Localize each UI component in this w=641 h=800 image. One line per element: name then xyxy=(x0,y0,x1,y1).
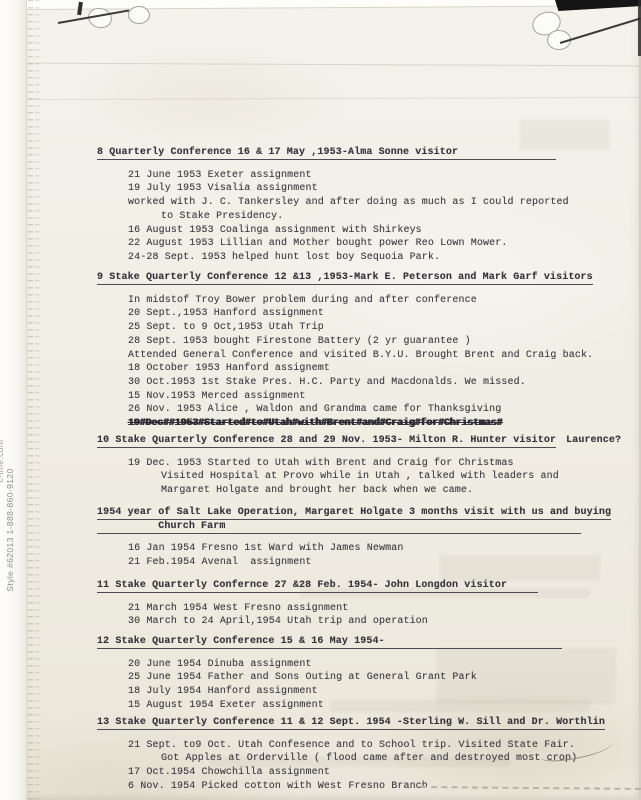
entry-line: 18 July 1954 Hanford assignment xyxy=(128,685,637,699)
section-heading-text: 10 Stake Quarterly Conference 28 and 29 … xyxy=(97,435,556,448)
conference-section: 8 Quarterly Conference 16 & 17 May ,1953… xyxy=(97,146,637,265)
entry-line: 20 June 1954 Dinuba assignment xyxy=(128,658,637,672)
typed-document: 8 Quarterly Conference 16 & 17 May ,1953… xyxy=(97,0,637,800)
entry-line: 19 Dec. 1953 Started to Utah with Brent … xyxy=(128,457,637,471)
entry-line: 17 Oct.1954 Chowchilla assignment xyxy=(128,766,637,780)
entry-line: 21 June 1953 Exeter assignment xyxy=(128,169,637,183)
conference-section: 1954 year of Salt Lake Operation, Margar… xyxy=(97,506,637,570)
section-heading-text: 9 Stake Quarterly Conference 12 &13 ,195… xyxy=(97,272,593,285)
section-heading-text: 11 Stake Quarterly Confernce 27 &28 Feb.… xyxy=(97,580,538,593)
section-heading-text-line2: Church Farm xyxy=(97,521,581,534)
conference-section: 12 Stake Quarterly Conference 15 & 16 Ma… xyxy=(97,635,637,713)
entry-line: 20 Sept.,1953 Hanford assignment xyxy=(128,307,637,321)
perforation-column xyxy=(35,0,40,800)
entry-line: 25 Sept. to 9 Oct,1953 Utah Trip xyxy=(128,321,637,335)
section-heading: 8 Quarterly Conference 16 & 17 May ,1953… xyxy=(97,146,637,160)
entry-line: 24-28 Sept. 1953 helped hunt lost boy Se… xyxy=(128,251,637,265)
section-heading: 13 Stake Quarterly Conference 11 & 12 Se… xyxy=(97,716,637,730)
section-heading: 11 Stake Quarterly Confernce 27 &28 Feb.… xyxy=(97,579,637,593)
section-heading: 1954 year of Salt Lake Operation, Margar… xyxy=(97,506,637,533)
perforation-column xyxy=(28,0,33,800)
section-heading-text: 13 Stake Quarterly Conference 11 & 12 Se… xyxy=(97,717,605,730)
entry-line: 16 August 1953 Coalinga assignment with … xyxy=(128,224,637,238)
entry-line: Visited Hospital at Provo while in Utah … xyxy=(161,470,637,484)
scanned-journal-page: Style #62013 1-888-860-9120 c-line.com 8… xyxy=(0,0,641,800)
entry-line: 15 Nov.1953 Merced assignment xyxy=(128,390,637,404)
conference-section: 10 Stake Quarterly Conference 28 and 29 … xyxy=(97,434,637,498)
entry-line: 26 Nov. 1953 Alice , Waldon and Grandma … xyxy=(128,403,637,417)
section-heading-text: 8 Quarterly Conference 16 & 17 May ,1953… xyxy=(97,147,556,160)
section-heading-text: 1954 year of Salt Lake Operation, Margar… xyxy=(97,507,611,520)
entry-line: Margaret Holgate and brought her back wh… xyxy=(161,484,637,498)
entry-line: Attended General Conference and visited … xyxy=(128,349,637,363)
entry-line: to Stake Presidency. xyxy=(161,210,637,224)
entry-line: 28 Sept. 1953 bought Firestone Battery (… xyxy=(128,335,637,349)
entry-line: 22 August 1953 Lillian and Mother bought… xyxy=(128,237,637,251)
binder-strip xyxy=(0,0,27,800)
staple-mark xyxy=(128,6,150,24)
conference-section: 11 Stake Quarterly Confernce 27 &28 Feb.… xyxy=(97,579,637,629)
entry-line: 19 July 1953 Visalia assignment xyxy=(128,182,637,196)
section-heading: 9 Stake Quarterly Conference 12 &13 ,195… xyxy=(97,271,637,285)
entry-line: 30 Oct.1953 1st Stake Pres. H.C. Party a… xyxy=(128,376,637,390)
section-heading-text: 12 Stake Quarterly Conference 15 & 16 Ma… xyxy=(97,636,562,649)
conference-section: 9 Stake Quarterly Conference 12 &13 ,195… xyxy=(97,271,637,431)
entry-line: In midstof Troy Bower problem during and… xyxy=(128,294,637,308)
entry-line: 15 August 1954 Exeter assignment xyxy=(128,699,637,713)
entry-line: worked with J. C. Tankersley and after d… xyxy=(128,196,637,210)
entry-line: 21 Feb.1954 Avenal assignment xyxy=(128,556,637,570)
entry-line: 25 June 1954 Father and Sons Outing at G… xyxy=(128,671,637,685)
strikethrough-entry-line: 19#Dec##1953#Started#to#Utah#with#Brent#… xyxy=(128,417,637,431)
binder-site-label: c-line.com xyxy=(0,413,6,509)
heading-margin-note: Laurence? xyxy=(566,435,621,446)
entry-line: 18 October 1953 Hanford assignemt xyxy=(128,362,637,376)
entry-line: 30 March to 24 April,1954 Utah trip and … xyxy=(128,615,637,629)
entry-line: 21 March 1954 West Fresno assignment xyxy=(128,602,637,616)
entry-line: 16 Jan 1954 Fresno 1st Ward with James N… xyxy=(128,542,637,556)
section-heading: 12 Stake Quarterly Conference 15 & 16 Ma… xyxy=(97,635,637,649)
section-heading: 10 Stake Quarterly Conference 28 and 29 … xyxy=(97,434,637,448)
